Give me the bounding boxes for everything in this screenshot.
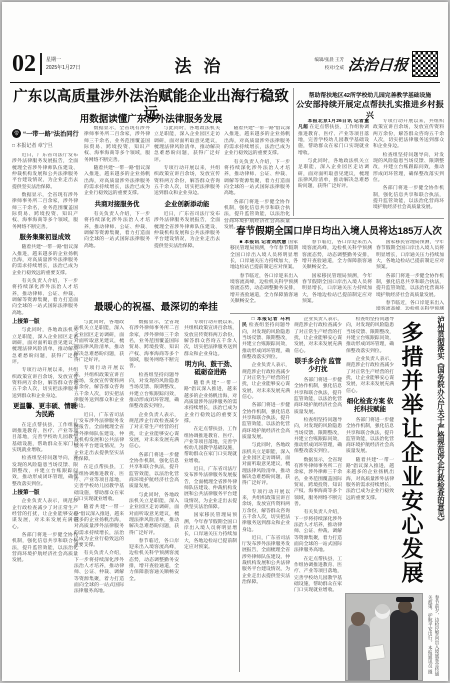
header-right: 编辑/张晨 王芳 校对/全威 法治日报 bbox=[314, 51, 438, 77]
article-e-vertical-headline: 多措并举让企业安心发展 bbox=[399, 316, 427, 590]
article-e-vertical-kicker: 泸州贯彻落实《国务院办公厅关于严格规范涉企行政检查的意见》 bbox=[431, 316, 446, 580]
body-paragraph: 检查组坚持问题导向，对发现的风险隐患当场反馈、限期整改，并建立台账跟踪问效，推动… bbox=[12, 456, 78, 488]
column-badge-label: “一带一路”法治同行 bbox=[23, 129, 79, 138]
body-paragraph: 春节临近，各口岸迎来出入境客流高峰，边检机关科学预测客流态势，动态调整勤务安排，… bbox=[230, 274, 298, 306]
body-paragraph: 各部门将进一步健全协作机制，强化信息共享和联合执法，提升监管效能，以法治化营商环… bbox=[294, 378, 342, 416]
credits-line2: 校对/全威 bbox=[325, 65, 344, 70]
body-paragraph: 近日，广东省司法厅发布涉外法律服务发展报告，全面梳理全省涉外律师队伍建设、仲裁机… bbox=[242, 536, 290, 587]
body-paragraph: 本报北京1月26日讯 记者董凡超 在定点帮扶县，工作组协调推进教育、医疗、产业等… bbox=[298, 119, 369, 157]
body-paragraph: 与此同时，各地政法机关立足职能，深入企业园区走访调研，面对面听取意见建议，梳理法… bbox=[242, 443, 290, 487]
page-number: 02 bbox=[12, 52, 36, 76]
article-d-headline: 最暖心的祝福、最深切的牵挂 bbox=[74, 299, 238, 313]
body-paragraph: 各部门将进一步健全协作机制，强化信息共享和联合执法，提升监管效能，以法治化营商环… bbox=[373, 186, 444, 211]
body-paragraph: 有关负责人介绍，下一步将持续深化涉外法治人才培养，推动律师、公证、仲裁、调解等资… bbox=[84, 212, 150, 250]
newspaper-column: 专项行动开展以来，共组织政策宣讲百余场，发放宣传资料两万余份，解答群众咨询五千余… bbox=[373, 119, 444, 216]
body-paragraph: 春节临近，各口岸迎来出入境客流高峰，边检机关科学预测客流态势，动态调整勤务安排，… bbox=[376, 301, 444, 310]
body-paragraph: 随着共建“一带一路”倡议深入推进，越来越多的企业扬帆出海，对高质量涉外法律服务的… bbox=[84, 166, 150, 198]
body-paragraph: 数据显示，全省现有涉外律师事务所二百余家，涉外律师三千余名，业务范围覆盖国际贸易… bbox=[294, 458, 342, 509]
body-paragraph: 与此同时，各地政法机关立足职能，深入企业园区走访调研，面对面听取意见建议，梳理法… bbox=[129, 493, 179, 537]
body-paragraph: 近日，广东省司法厅发布涉外法律服务发展报告，全面梳理全省涉外律师队伍建设、仲裁机… bbox=[184, 467, 237, 511]
newspaper-column: 检查组坚持问题导向，对发现的风险隐患当场反馈、限期整改，并建立台账跟踪问效，推动… bbox=[346, 317, 394, 589]
body-paragraph: 专项行动开展以来，共组织政策宣讲百余场，发放宣传资料两万余份，解答群众咨询五千余… bbox=[74, 366, 124, 410]
newspaper-column: 数据显示，全省现有涉外律师事务所二百余家，涉外律师三千余名，业务范围覆盖国际贸易… bbox=[84, 126, 150, 296]
newspaper-column: ■ 本报讯 记者刘欣慧 国家移民管理局预测，今年春节假期全国口岸出入境人员将明显… bbox=[230, 240, 298, 310]
body-paragraph: 各部门将进一步健全协作机制，强化信息共享和联合执法，提升监管效能，以法治化营商环… bbox=[129, 453, 179, 491]
body-paragraph: 国家移民管理局预测，今年春节假期全国口岸出入境人员将明显增长，口岸通关压力持续加… bbox=[302, 274, 372, 306]
divider bbox=[230, 218, 444, 219]
body-paragraph: 检查组坚持问题导向，对发现的风险隐患当场反馈、限期整改，并建立台账跟踪问效，推动… bbox=[373, 153, 444, 185]
body-paragraph: 企业负责人表示，规范涉企行政检查减少了对正常生产经营的打扰，让企业能够安心谋发展… bbox=[12, 499, 78, 531]
qr-code bbox=[412, 51, 438, 77]
belt-and-road-icon: 带 bbox=[12, 129, 21, 138]
body-paragraph: 与此同时，各地政法机关立足职能，深入企业园区走访调研，面对面听取意见建议，梳理法… bbox=[154, 126, 220, 164]
body-paragraph: 春节临近，各口岸迎来出入境客流高峰，边检机关科学预测客流态势，动态调整勤务安排，… bbox=[129, 539, 179, 583]
date-block: 星期一 2025年1月27日 bbox=[46, 56, 80, 73]
body-paragraph: 近日，广东省司法厅发布涉外法律服务发展报告，全面梳理全省涉外律师队伍建设、仲裁机… bbox=[74, 413, 124, 464]
newspaper-column: 数据显示，全省现有涉外律师事务所二百余家，涉外律师三千余名，业务范围覆盖国际贸易… bbox=[129, 320, 179, 672]
newspaper-column: □ 本报记者 马利民 检查组坚持问题导向，对发现的风险隐患当场反馈、限期整改，并… bbox=[242, 317, 290, 673]
body-paragraph: ■ 本报讯 记者刘欣慧 国家移民管理局预测，今年春节假期全国口岸出入境人员将明显… bbox=[230, 240, 298, 272]
photo-figure bbox=[375, 604, 390, 619]
newspaper-column: 春节临近，各口岸迎来出入境客流高峰，边检机关科学预测客流态势，动态调整勤务安排，… bbox=[302, 240, 372, 310]
body-paragraph: 随着共建“一带一路”倡议深入推进，越来越多的企业扬帆出海，对高质量涉外法律服务的… bbox=[224, 126, 290, 158]
column-subhead: 明方向、鼓干劲、砥砺奋进路 bbox=[184, 361, 237, 378]
weekday: 星期一 bbox=[46, 57, 61, 63]
body-paragraph: 各部门将进一步健全协作机制，强化信息共享和联合执法，提升监管效能，以法治化营商环… bbox=[376, 274, 444, 299]
body-paragraph: 企业负责人表示，规范涉企行政检查减少了对正常生产经营的打扰，让企业能够安心谋发展… bbox=[294, 317, 342, 355]
divider bbox=[230, 313, 444, 314]
body-paragraph: 数据显示，全省现有涉外律师事务所二百余家，涉外律师三千余名，业务范围覆盖国际贸易… bbox=[12, 193, 78, 231]
body-paragraph: 各部门将进一步健全协作机制，强化信息共享和联合执法，提升监管效能，以法治化营商环… bbox=[12, 533, 78, 565]
photo-document bbox=[365, 645, 385, 660]
article-b-kicker: 帮助帮扶地区42所学校幼儿园完善教学基础设施 bbox=[296, 90, 444, 99]
header-rule bbox=[10, 82, 440, 83]
body-paragraph: □ 本报记者 马利民 检查组坚持问题导向，对发现的风险隐患当场反馈、限期整改，并… bbox=[242, 317, 290, 361]
article-a-subhead: 用数据读懂广东涉外法律服务发展 bbox=[10, 111, 292, 125]
body-paragraph: 与此同时，各地政法机关立足职能，深入企业园区走访调研，面对面听取意见建议，梳理法… bbox=[12, 328, 78, 366]
body-paragraph: 随着共建“一带一路”倡议深入推进，越来越多的企业扬帆出海，对高质量涉外法律服务的… bbox=[74, 505, 124, 549]
page-header: 02 星期一 2025年1月27日 法治 编辑/张晨 王芳 校对/全威 法治日报 bbox=[12, 48, 438, 80]
column-subhead: 联手多合作 监管少打扰 bbox=[294, 358, 342, 375]
body-paragraph: 数据显示，全省现有涉外律师事务所二百余家，涉外律师三千余名，业务范围覆盖国际贸易… bbox=[129, 320, 179, 371]
body-paragraph: 在定点帮扶县，工作组协调推进教育、医疗、产业等项目落地，完善学校幼儿园教学基础设… bbox=[294, 557, 342, 595]
body-paragraph: 国家移民管理局预测，今年春节假期全国口岸出入境人员将明显增长，口岸通关压力持续加… bbox=[184, 513, 237, 551]
body-paragraph: 企业负责人表示，规范涉企行政检查减少了对正常生产经营的打扰，让企业能够安心谋发展… bbox=[242, 363, 290, 401]
newspaper-column: 与此同时，各地政法机关立足职能，深入企业园区走访调研，面对面听取意见建议，梳理法… bbox=[154, 126, 220, 296]
body-paragraph: 各部门将进一步健全协作机制，强化信息共享和联合执法，提升监管效能，以法治化营商环… bbox=[346, 418, 394, 456]
column-subhead: 共商对接服务优 bbox=[84, 201, 150, 209]
body-paragraph: 国家移民管理局预测，今年春节假期全国口岸出入境人员将明显增长，口岸通关压力持续加… bbox=[376, 240, 444, 272]
photo-figure-officer bbox=[390, 610, 418, 680]
page-number-block: 02 星期一 2025年1月27日 bbox=[12, 52, 80, 76]
column-subhead: 企业创新添动能 bbox=[154, 201, 220, 209]
article-a-byline: □ 本报记者 章宁旦 bbox=[12, 142, 78, 149]
masthead-logo: 法治日报 bbox=[347, 54, 408, 75]
body-paragraph: 有关负责人介绍，下一步将持续深化涉外法治人才培养，推动律师、公证、仲裁、调解等资… bbox=[224, 160, 290, 198]
photo-caption: 春节前夕，边检民警向出入境旅客宣传通关政策，护航平安出行。 本报通讯员 摄 bbox=[423, 595, 440, 679]
section-title: 法治 bbox=[162, 52, 232, 77]
column-subhead: 更温馨、更丰硕、情暖为民路 bbox=[12, 403, 78, 420]
body-paragraph: 随着共建“一带一路”倡议深入推进，越来越多的企业扬帆出海，对高质量涉外法律服务的… bbox=[184, 381, 237, 425]
body-paragraph: 企业负责人表示，规范涉企行政检查减少了对正常生产经营的打扰，让企业能够安心谋发展… bbox=[129, 413, 179, 451]
editor-credits: 编辑/张晨 王芳 校对/全威 bbox=[314, 56, 344, 71]
body-paragraph: 随着共建“一带一路”倡议深入推进，越来越多的企业扬帆出海，对高质量涉外法律服务的… bbox=[12, 245, 78, 277]
newspaper-column: 国家移民管理局预测，今年春节假期全国口岸出入境人员将明显增长，口岸通关压力持续加… bbox=[376, 240, 444, 310]
column-subhead: 细化检查方案 依托科技赋能 bbox=[346, 398, 394, 415]
jump-line: 上接第一版 bbox=[12, 490, 78, 497]
divider bbox=[293, 88, 294, 216]
body-paragraph: 专项行动开展以来，共组织政策宣讲百余场，发放宣传资料两万余份，解答群众咨询五千余… bbox=[242, 490, 290, 534]
body-paragraph: 专项行动开展以来，共组织政策宣讲百余场，发放宣传资料两万余份，解答群众咨询五千余… bbox=[154, 166, 220, 198]
photo-figure bbox=[351, 612, 365, 626]
article-b-headline: 公安部持续开展定点帮扶扎实推进乡村振兴 bbox=[296, 99, 444, 121]
body-paragraph: 检查组坚持问题导向，对发现的风险隐患当场反馈、限期整改，并建立台账跟踪问效，推动… bbox=[129, 373, 179, 411]
newspaper-column: 与此同时，各地政法机关立足职能，深入企业园区走访调研，面对面听取意见建议，梳理法… bbox=[74, 320, 124, 672]
body-paragraph: 春节临近，各口岸迎来出入境客流高峰，边检机关科学预测客流态势，动态调整勤务安排，… bbox=[302, 240, 372, 272]
column-badge: 带 “一带一路”法治同行 bbox=[12, 129, 78, 138]
body-paragraph: 有关负责人介绍，下一步将持续深化涉外法治人才培养，推动律师、公证、仲裁、调解等资… bbox=[12, 279, 78, 317]
jump-line: 上接第一版 bbox=[12, 319, 78, 326]
body-paragraph: 在定点帮扶县，工作组协调推进教育、医疗、产业等项目落地，完善学校幼儿园教学基础设… bbox=[74, 465, 124, 503]
column-subhead: 服务集聚初显成效 bbox=[12, 234, 78, 242]
newspaper-page: 02 星期一 2025年1月27日 法治 编辑/张晨 王芳 校对/全威 法治日报… bbox=[2, 2, 448, 681]
divider bbox=[40, 53, 42, 75]
news-photo bbox=[345, 593, 423, 681]
body-paragraph: 各部门将进一步健全协作机制，强化信息共享和联合执法，提升监管效能，以法治化营商环… bbox=[224, 200, 290, 232]
body-paragraph: 有关负责人介绍，下一步将持续深化涉外法治人才培养，推动律师、公证、仲裁、调解等资… bbox=[294, 510, 342, 554]
body-paragraph: 与此同时，各地政法机关立足职能，深入企业园区走访调研，面对面听取意见建议，梳理法… bbox=[298, 159, 369, 191]
body-paragraph: 检查组坚持问题导向，对发现的风险隐患当场反馈、限期整改，并建立台账跟踪问效，推动… bbox=[346, 317, 394, 355]
body-paragraph: 近日，广东省司法厅发布涉外法律服务发展报告，全面梳理全省涉外律师队伍建设、仲裁机… bbox=[154, 212, 220, 250]
body-paragraph: 与此同时，各地政法机关立足职能，深入企业园区走访调研，面对面听取意见建议，梳理法… bbox=[74, 320, 124, 364]
body-paragraph: 各部门将进一步健全协作机制，强化信息共享和联合执法，提升监管效能，以法治化营商环… bbox=[242, 403, 290, 441]
body-paragraph: 在定点帮扶县，工作组协调推进教育、医疗、产业等项目落地，完善学校幼儿园教学基础设… bbox=[184, 427, 237, 465]
divider bbox=[239, 320, 240, 672]
body-paragraph: 企业负责人表示，规范涉企行政检查减少了对正常生产经营的打扰，让企业能够安心谋发展… bbox=[346, 357, 394, 395]
body-paragraph: 随着共建“一带一路”倡议深入推进，越来越多的企业扬帆出海，对高质量涉外法律服务的… bbox=[346, 458, 394, 502]
body-paragraph: 专项行动开展以来，共组织政策宣讲百余场，发放宣传资料两万余份，解答群众咨询五千余… bbox=[12, 368, 78, 400]
photo-figure-officer bbox=[396, 597, 414, 602]
body-paragraph: 专项行动开展以来，共组织政策宣讲百余场，发放宣传资料两万余份，解答群众咨询五千余… bbox=[184, 320, 237, 358]
newspaper-column: 本报北京1月26日讯 记者董凡超 在定点帮扶县，工作组协调推进教育、医疗、产业等… bbox=[298, 119, 369, 216]
newspaper-column: 专项行动开展以来，共组织政策宣讲百余场，发放宣传资料两万余份，解答群众咨询五千余… bbox=[184, 320, 237, 672]
newspaper-column: 企业负责人表示，规范涉企行政检查减少了对正常生产经营的打扰，让企业能够安心谋发展… bbox=[294, 317, 342, 673]
body-paragraph: 近日，广东省司法厅发布涉外法律服务发展报告，全面梳理全省涉外律师队伍建设、仲裁机… bbox=[12, 153, 78, 191]
body-paragraph: 数据显示，全省现有涉外律师事务所二百余家，涉外律师三千余名，业务范围覆盖国际贸易… bbox=[84, 126, 150, 164]
date: 2025年1月27日 bbox=[46, 65, 80, 71]
body-paragraph: 检查组坚持问题导向，对发现的风险隐患当场反馈、限期整改，并建立台账跟踪问效，推动… bbox=[294, 418, 342, 456]
body-paragraph: 专项行动开展以来，共组织政策宣讲百余场，发放宣传资料两万余份，解答群众咨询五千余… bbox=[373, 119, 444, 151]
body-paragraph: 有关负责人介绍，下一步将持续深化涉外法治人才培养，推动律师、公证、仲裁、调解等资… bbox=[74, 551, 124, 595]
body-paragraph: 在定点帮扶县，工作组协调推进教育、医疗、产业等项目落地，完善学校幼儿园教学基础设… bbox=[12, 423, 78, 455]
newspaper-column: 近日，广东省司法厅发布涉外法律服务发展报告，全面梳理全省涉外律师队伍建设、仲裁机… bbox=[12, 153, 78, 673]
credits-line1: 编辑/张晨 王芳 bbox=[314, 57, 344, 62]
